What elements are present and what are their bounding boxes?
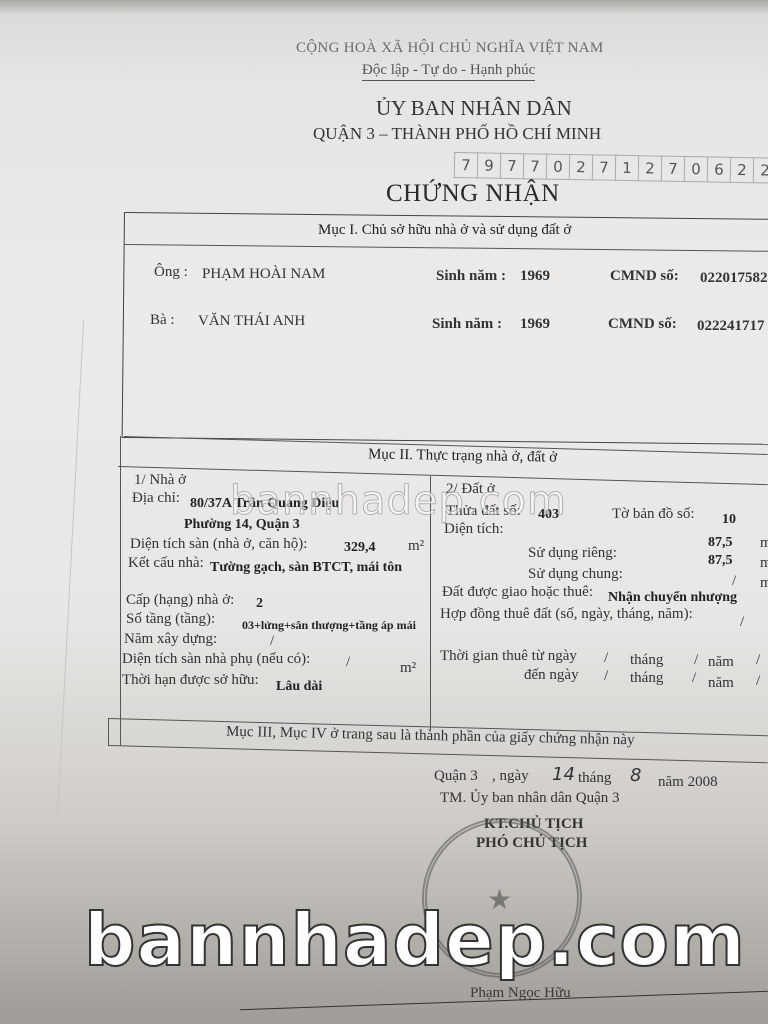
owner2-prefix: Bà : [150, 312, 175, 329]
ownership-term-value: Lâu dài [276, 679, 322, 695]
serial-number: 79770271270622 [454, 152, 768, 184]
address-label: Địa chỉ: [132, 490, 180, 507]
owner2-id-number: 022241717 [697, 318, 765, 335]
house-title: 1/ Nhà ở [134, 472, 186, 489]
watermark: bannhadep.com [84, 898, 746, 982]
shared-use-unit: m [760, 575, 768, 592]
grade-value: 2 [256, 596, 263, 612]
serial-digit: 2 [730, 157, 753, 183]
allocation-value: Nhận chuyển nhượng [608, 590, 737, 606]
section2-heading: Mục II. Thực trạng nhà ở, đất ở [368, 446, 557, 466]
divider [108, 718, 109, 746]
motto: Độc lập - Tự do - Hạnh phúc [362, 62, 535, 81]
country-heading: CỘNG HOÀ XÃ HỘI CHỦ NGHĨA VIỆT NAM [296, 40, 604, 57]
owner2-birth-year: 1969 [520, 316, 550, 333]
lease-to-year-label: năm [708, 675, 734, 692]
owner1-birth-label: Sinh năm : [436, 268, 506, 285]
owner1-id-label: CMND số: [610, 268, 679, 285]
owner1-prefix: Ông : [154, 264, 188, 281]
serial-digit: 7 [661, 156, 684, 182]
year-built-value: / [270, 633, 274, 650]
serial-digit: 7 [523, 153, 546, 179]
private-use-label: Sử dụng riêng: [528, 545, 617, 562]
serial-digit: 2 [569, 154, 592, 180]
signing-month: 8 [630, 765, 641, 786]
serial-digit: 0 [684, 156, 707, 182]
on-behalf-of: TM. Ủy ban nhân dân Quận 3 [440, 790, 620, 807]
fold-line [57, 320, 84, 819]
paper-edge [0, 0, 768, 14]
lease-from-day: / [604, 650, 608, 667]
signing-place: Quận 3 [434, 768, 478, 785]
grade-label: Cấp (hạng) nhà ở: [126, 592, 234, 609]
lease-from-month: / [694, 652, 698, 669]
lease-to-label: đến ngày [524, 667, 579, 684]
owner2-birth-label: Sinh năm : [432, 316, 502, 333]
floors-label: Số tầng (tầng): [126, 611, 215, 628]
private-use-unit: m [760, 555, 768, 572]
structure-value: Tường gạch, sàn BTCT, mái tôn [210, 560, 402, 576]
land-area-unit: m [760, 535, 768, 552]
lease-from-year-label: năm [708, 654, 734, 671]
signing-month-label: tháng [578, 770, 611, 787]
section1-heading: Mục I. Chủ sở hữu nhà ở và sử dụng đất ở [318, 222, 571, 239]
owner1-name: PHẠM HOÀI NAM [202, 266, 325, 283]
map-label: Tờ bản đồ số: [612, 506, 695, 523]
allocation-label: Đất được giao hoặc thuê: [442, 584, 593, 601]
authority-heading: ỦY BAN NHÂN DÂN [376, 96, 572, 121]
divider [108, 745, 768, 763]
signer-name: Phạm Ngọc Hữu [470, 985, 571, 1002]
serial-digit: 7 [454, 152, 477, 178]
serial-digit: 0 [546, 154, 569, 180]
structure-label: Kết cấu nhà: [128, 555, 204, 572]
lease-to-year: / [756, 673, 760, 690]
owner1-birth-year: 1969 [520, 268, 550, 285]
floors-value: 03+lửng+sân thượng+tầng áp mái [242, 618, 416, 633]
lease-contract-value: / [740, 614, 744, 631]
floor-area-label: Diện tích sàn (nhà ở, căn hộ): [130, 536, 307, 553]
aux-area-label: Diện tích sàn nhà phụ (nếu có): [122, 651, 310, 668]
serial-digit: 6 [707, 156, 730, 182]
signing-day-label: , ngày [492, 768, 529, 785]
serial-digit: 2 [753, 157, 768, 183]
serial-digit: 1 [615, 155, 638, 181]
divider [120, 436, 121, 746]
shared-use-label: Sử dụng chung: [528, 566, 623, 583]
signing-day: 14 [552, 764, 575, 785]
lease-to-month: / [692, 670, 696, 687]
map-value: 10 [722, 512, 736, 528]
watermark-faint: bannhadep.com [230, 478, 567, 524]
lease-contract-label: Hợp đồng thuê đất (số, ngày, tháng, năm)… [440, 606, 693, 623]
owner1-id-number: 022017582 [700, 270, 768, 287]
aux-area-value: / [346, 654, 350, 671]
private-use-value: 87,5 [708, 553, 733, 569]
lease-to-day: / [604, 668, 608, 685]
floor-area-value: 329,4 [344, 540, 376, 556]
lease-to-month-label: tháng [630, 670, 663, 687]
signing-year: năm 2008 [658, 774, 718, 791]
ownership-term-label: Thời hạn được sở hữu: [122, 672, 259, 689]
owner2-id-label: CMND số: [608, 316, 677, 333]
document-title: CHỨNG NHẬN [386, 180, 560, 208]
lease-from-label: Thời gian thuê từ ngày [440, 648, 577, 665]
aux-area-unit: m² [400, 660, 416, 677]
serial-digit: 9 [477, 152, 500, 178]
shared-use-value: / [732, 573, 736, 590]
serial-digit: 7 [500, 153, 523, 179]
lease-from-month-label: tháng [630, 652, 663, 669]
serial-digit: 7 [592, 154, 615, 180]
footer-note: Mục III, Mục IV ở trang sau là thành phầ… [226, 724, 635, 750]
district-heading: QUẬN 3 – THÀNH PHỐ HỒ CHÍ MINH [313, 124, 601, 144]
year-built-label: Năm xây dựng: [124, 631, 217, 648]
lease-from-year: / [756, 652, 760, 669]
owner2-name: VĂN THÁI ANH [198, 313, 305, 330]
serial-digit: 2 [638, 155, 661, 181]
land-area-value: 87,5 [708, 535, 733, 551]
floor-area-unit: m² [408, 538, 424, 555]
